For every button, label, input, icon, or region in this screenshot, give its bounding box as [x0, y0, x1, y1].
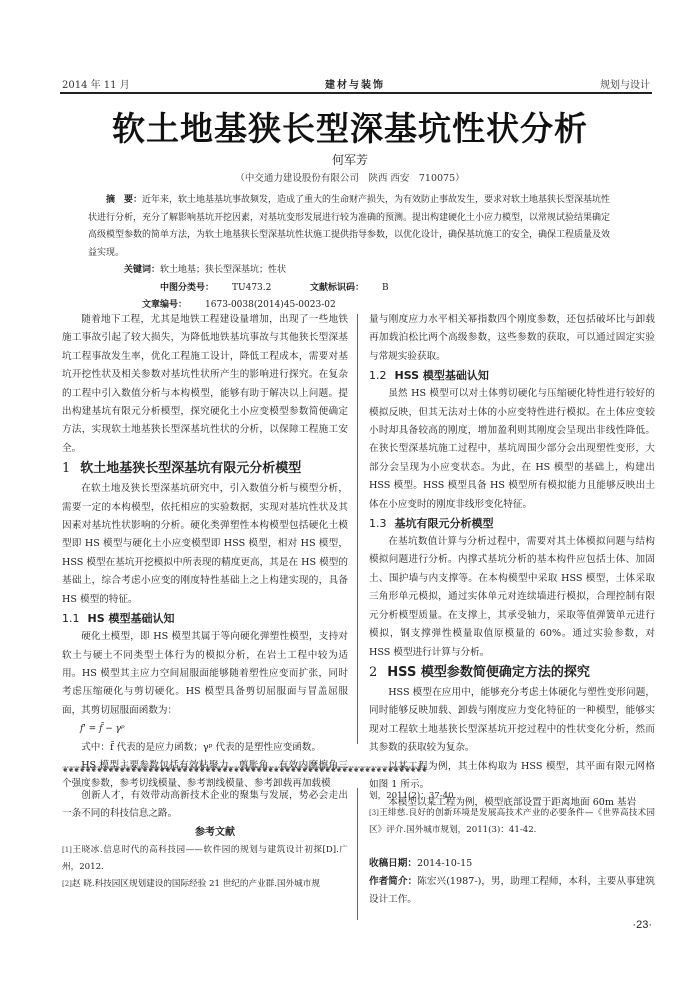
body-column-left: 随着地下工程，尤其是地铁工程建设量增加，出现了一些地铁施工事故引起了较大损失，为…	[62, 311, 348, 794]
section-1-paragraph: 在软土地及狭长型深基坑研究中，引入数值分析与模型分析，需要一定的本构模型，依托相…	[62, 480, 348, 609]
formula-note: 式中：f̄ 代表的是应力函数；γᵖ 代表的是塑性应变函数。	[62, 739, 348, 757]
reference-item-1: [1]王晓冰.信息时代的高科技园——软件园的规划与建筑设计初探[D].广州，20…	[62, 842, 348, 876]
abstract: 摘 要：近年来，软土地基基坑事故频发，造成了重大的生命财产损失，为有效防止事故发…	[88, 192, 618, 262]
column-divider-bottom	[357, 788, 358, 920]
section-name: 规划与设计	[600, 76, 650, 91]
reference-item-3: [3]王绯慈.良好的创新环境是发展高技术产业的必要条件—《世界高技术园区》评介.…	[369, 805, 655, 839]
clc-value: TU473.2	[214, 280, 271, 298]
intro-paragraph: 随着地下工程，尤其是地铁工程建设量增加，出现了一些地铁施工事故引起了较大损失，为…	[62, 311, 348, 458]
header-rule	[60, 92, 652, 94]
section-1-3-paragraph: 在基坑数值计算与分析过程中，需要对其土体模拟问题与结构模拟问题进行分析。内撑式基…	[369, 533, 655, 662]
yield-function-formula: f' = f̄ − γᵖ	[62, 720, 348, 738]
keywords-label: 关键词：	[124, 265, 160, 275]
keywords: 关键词：软土地基；狭长型深基坑；性状	[88, 262, 618, 280]
section-1-3-heading: 1.3基坑有限元分析模型	[369, 514, 655, 533]
prev-article-left: 创新人才，有效带动高新技术企业的聚集与发展，势必会走出一条不同的科技信息之路。 …	[62, 787, 348, 893]
section-1-1-paragraph: 硬化土模型，即 HS 模型其属于等向硬化弹塑性模型，支持对软土与硬土不同类型土体…	[62, 628, 348, 720]
running-header: 2014 年 11 月 建材与装饰 规划与设计	[60, 76, 650, 92]
author-bio: 作者简介：陈宏兴(1987-)，男，助理工程师，本科，主要从事建筑设计工作。	[369, 873, 655, 909]
section-1-2-paragraph: 虽然 HS 模型可以对土体剪切硬化与压缩硬化特性进行较好的模拟反映，但其无法对土…	[369, 385, 655, 514]
author-name: 何军芳	[0, 151, 700, 168]
journal-logo: 建材与装饰	[60, 76, 650, 91]
section-1-2-heading: 1.2HSS 模型基础认知	[369, 366, 655, 385]
section-1-1-heading: 1.1HS 模型基础认知	[62, 609, 348, 628]
prev-article-right: 划，2011(2)：37-40. [3]王绯慈.良好的创新环境是发展高技术产业的…	[369, 788, 655, 909]
decorative-separator: ❦❦❦❦❦❦❦❦❦❦❦❦❦❦❦❦❦❦❦❦❦❦❦❦❦❦❦❦❦❦❦❦❦❦❦❦❦❦❦❦…	[62, 765, 654, 777]
section-2-heading: 2HSS 模型参数简便确定方法的探究	[369, 662, 655, 684]
references-heading: 参考文献	[62, 824, 348, 842]
section-1-1-paragraph-2-cont: 量与刚度应力水平相关幂指数四个刚度参数，还包括破坏比与卸载再加载泊松比两个高级参…	[369, 311, 655, 366]
column-divider	[357, 314, 358, 744]
author-affiliation: （中交通力建设股份有限公司 陕西 西安 710075）	[0, 170, 700, 184]
doc-code-value: B	[364, 280, 389, 298]
section-2-paragraph-1: HSS 模型在应用中，能够充分考虑土体硬化与塑性变形问题，同时能够反映加载、卸载…	[369, 684, 655, 758]
received-date: 收稿日期：2014-10-15	[369, 855, 655, 873]
prev-article-tail: 创新人才，有效带动高新技术企业的聚集与发展，势必会走出一条不同的科技信息之路。	[62, 787, 348, 824]
reference-item-2: [2]赵 晓.科技园区规划建设的国际经验 21 世纪的产业群.国外城市规	[62, 876, 348, 893]
doc-code-label: 文献标识码：	[292, 280, 364, 298]
abstract-block: 摘 要：近年来，软土地基基坑事故频发，造成了重大的生命财产损失，为有效防止事故发…	[88, 192, 618, 315]
clc-label: 中图分类号：	[142, 280, 214, 298]
page-number: ·23·	[632, 919, 652, 931]
reference-item-2-cont: 划，2011(2)：37-40.	[369, 788, 655, 805]
abstract-label: 摘 要：	[106, 195, 142, 205]
body-column-right: 量与刚度应力水平相关幂指数四个刚度参数，还包括破坏比与卸载再加载泊松比两个高级参…	[369, 311, 655, 813]
classification-line: 中图分类号：TU473.2文献标识码：B文章编号：1673-0038(2014)…	[88, 280, 618, 315]
abstract-text: 近年来，软土地基基坑事故频发，造成了重大的生命财产损失，为有效防止事故发生，要求…	[88, 195, 610, 258]
keywords-text: 软土地基；狭长型深基坑；性状	[160, 265, 286, 275]
article-title: 软土地基狭长型深基坑性状分析	[0, 103, 700, 150]
section-1-heading: 1软土地基狭长型深基坑有限元分析模型	[62, 458, 348, 480]
